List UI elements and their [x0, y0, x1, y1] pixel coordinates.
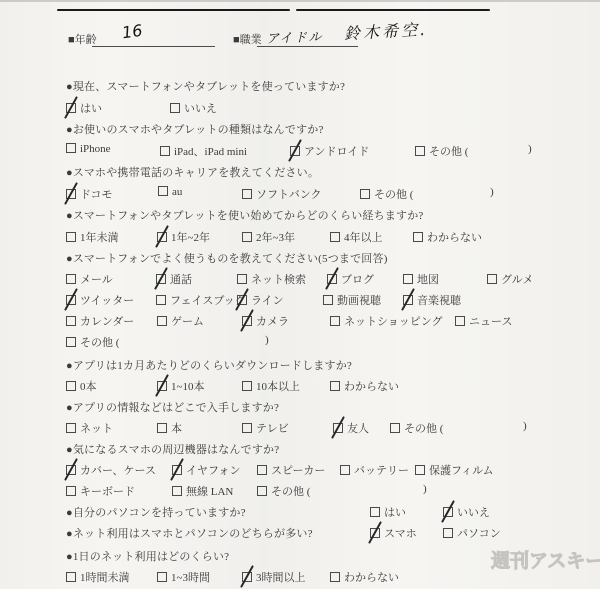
job-value-handwritten: アイドル [266, 26, 323, 47]
checkbox-option: テレビ [242, 420, 289, 436]
option-label: 1~10本 [171, 381, 204, 393]
option-label: ) [523, 420, 527, 432]
question-text: ●1日のネット利用はどのくらい? [66, 548, 229, 564]
check-mark [240, 565, 254, 588]
checkbox [257, 486, 267, 496]
checkbox [330, 381, 340, 391]
checkbox [242, 572, 252, 582]
checkbox-option: わからない [413, 229, 482, 245]
questionnaire-sheet: ■年齢 16 ■職業 アイドル 鈴木希空. ●現在、スマートフォンやタブレットを… [0, 0, 600, 589]
checkbox-option: イヤフォン [172, 462, 240, 478]
option-label: 1年未満 [80, 232, 119, 244]
check-mark [240, 309, 254, 332]
checkbox [158, 186, 168, 196]
checkbox [443, 528, 453, 538]
option-label: 無線 LAN [186, 486, 233, 498]
checkbox [257, 465, 267, 475]
option-label: その他 ( [404, 423, 443, 435]
checkbox-option: バッテリー [340, 462, 409, 478]
checkbox-option: 本 [157, 420, 182, 436]
signature-handwritten: 鈴木希空. [343, 17, 428, 44]
paren-close: ) [528, 143, 532, 155]
checkbox-option: 地図 [403, 271, 439, 287]
checkbox [172, 486, 182, 496]
header-rule-left [57, 9, 290, 11]
checkbox-option: ゲーム [157, 313, 204, 329]
question-text: ●お使いのスマホやタブレットの種類はなんですか? [66, 121, 324, 137]
checkbox [242, 381, 252, 391]
option-label: ニュース [469, 316, 512, 328]
checkbox [66, 232, 76, 242]
checkbox [370, 507, 380, 517]
checkbox [455, 316, 465, 326]
option-label: イヤフォン [186, 465, 240, 477]
option-label: au [172, 186, 182, 198]
check-mark [64, 96, 78, 119]
checkbox-option: その他 ( [257, 483, 310, 499]
checkbox [172, 465, 182, 475]
option-label: 10本以上 [256, 381, 300, 393]
question-text: ●気になるスマホの周辺機器はなんですか? [66, 441, 279, 457]
checkbox-option: その他 ( [360, 186, 413, 202]
check-mark [235, 288, 249, 311]
option-label: 4年以上 [344, 232, 383, 244]
check-mark [64, 458, 78, 481]
checkbox-option: スマホ [370, 525, 417, 541]
checkbox [157, 381, 167, 391]
option-label: iPhone [80, 143, 111, 155]
option-label: ネット [80, 423, 113, 435]
checkbox [330, 232, 340, 242]
option-label: ブログ [341, 274, 374, 286]
checkbox [370, 528, 380, 538]
paren-close: ) [523, 420, 527, 432]
check-mark [325, 267, 339, 290]
checkbox-option: アンドロイド [290, 143, 369, 159]
checkbox [66, 316, 76, 326]
checkbox [66, 486, 76, 496]
checkbox-option: ネット検索 [237, 271, 306, 287]
check-mark [368, 521, 382, 544]
checkbox [157, 423, 167, 433]
checkbox [66, 274, 76, 284]
question-text: ●スマートフォンやタブレットを使い始めてからどのくらい経ちますか? [66, 207, 423, 223]
option-label: その他 ( [374, 189, 413, 201]
checkbox-option: いいえ [170, 100, 217, 116]
option-label: スマホ [384, 528, 417, 540]
option-label: 1時間未満 [80, 572, 130, 584]
checkbox-option: 10本以上 [242, 378, 300, 394]
check-mark [155, 225, 169, 248]
checkbox [403, 274, 413, 284]
question-text: ●現在、スマートフォンやタブレットを使っていますか? [66, 78, 345, 94]
age-underline [92, 46, 215, 47]
checkbox [323, 295, 333, 305]
checkbox-option: 動画視聴 [323, 292, 381, 308]
option-label: 1年~2年 [171, 232, 210, 244]
checkbox-option: ネットショッピング [330, 313, 443, 329]
option-label: 1~3時間 [171, 572, 210, 584]
checkbox-option: ソフトバンク [242, 186, 322, 202]
paren-close: ) [265, 334, 269, 346]
checkbox-option: 4年以上 [330, 229, 383, 245]
checkbox-option: 1年未満 [66, 229, 119, 245]
option-label: 保護フィルム [429, 465, 494, 477]
checkbox-option: au [158, 186, 182, 198]
option-label: iPad、iPad mini [174, 146, 247, 158]
option-label: バッテリー [354, 465, 409, 477]
question-text: ●ネット利用はスマホとパソコンのどちらが多い? [66, 525, 313, 541]
checkbox-option: 通話 [156, 271, 192, 287]
checkbox-option: iPad、iPad mini [160, 143, 247, 159]
checkbox [66, 381, 76, 391]
option-label: フェイスブック [170, 295, 246, 307]
checkbox-option: いいえ [443, 504, 490, 520]
question-text: ●自分のパソコンを持っていますか? [66, 504, 246, 520]
checkbox-option: ライン [237, 292, 284, 308]
checkbox-option: ネット [66, 420, 113, 436]
checkbox-option: わからない [330, 378, 399, 394]
checkbox-option: はい [370, 504, 406, 520]
checkbox [66, 337, 76, 347]
checkbox [66, 295, 76, 305]
option-label: アンドロイド [304, 146, 369, 158]
checkbox [66, 103, 76, 113]
option-label: その他 ( [429, 146, 468, 158]
option-label: わからない [344, 381, 399, 393]
checkbox [390, 423, 400, 433]
checkbox-option: 保護フィルム [415, 462, 494, 478]
check-mark [288, 139, 302, 162]
checkbox [415, 465, 425, 475]
checkbox-option: その他 ( [390, 420, 443, 436]
checkbox [487, 274, 497, 284]
checkbox-option: 友人 [333, 420, 369, 436]
checkbox [237, 274, 247, 284]
option-label: ネット検索 [251, 274, 306, 286]
check-mark [155, 374, 169, 397]
question-text: ●スマホや携帯電話のキャリアを教えてください。 [66, 164, 319, 180]
checkbox [413, 232, 423, 242]
option-label: はい [384, 507, 406, 519]
option-label: テレビ [256, 423, 289, 435]
option-label: はい [80, 103, 102, 115]
option-label: 通話 [170, 274, 192, 286]
checkbox-option: メール [66, 271, 113, 287]
job-label: ■職業 [233, 31, 262, 47]
checkbox-option: 音楽視聴 [403, 292, 461, 308]
checkbox [242, 232, 252, 242]
checkbox [360, 189, 370, 199]
checkbox [330, 316, 340, 326]
checkbox-option: カレンダー [66, 313, 134, 329]
paren-close: ) [490, 186, 494, 198]
checkbox [66, 465, 76, 475]
checkbox-option: キーボード [66, 483, 135, 499]
checkbox [330, 572, 340, 582]
option-label: 動画視聴 [337, 295, 381, 307]
check-mark [64, 182, 78, 205]
checkbox-option: 3時間以上 [242, 569, 306, 585]
checkbox-option: ツイッター [66, 292, 134, 308]
checkbox [66, 143, 76, 153]
checkbox-option: その他 ( [66, 334, 119, 350]
watermark: 週刊アスキー [491, 546, 600, 573]
check-mark [331, 416, 345, 439]
option-label: キーボード [80, 486, 135, 498]
checkbox [170, 103, 180, 113]
option-label: カレンダー [80, 316, 134, 328]
checkbox-option: カバー、ケース [66, 462, 156, 478]
checkbox-option: ブログ [327, 271, 374, 287]
checkbox-option: 2年~3年 [242, 229, 295, 245]
option-label: メール [80, 274, 113, 286]
question-text: ●アプリの情報などはどこで入手しますか? [66, 399, 279, 415]
option-label: ライン [251, 295, 284, 307]
option-label: ツイッター [80, 295, 134, 307]
age-label: ■年齢 [68, 31, 97, 47]
checkbox [242, 189, 252, 199]
check-mark [401, 288, 415, 311]
question-text: ●スマートフォンでよく使うものを教えてください(5つまで回答) [66, 250, 388, 266]
checkbox-option: 1時間未満 [66, 569, 130, 585]
option-label: 友人 [347, 423, 369, 435]
question-text: ●アプリは1カ月あたりどのくらいダウンロードしますか? [66, 357, 352, 373]
paren-close: ) [423, 483, 427, 495]
checkbox [327, 274, 337, 284]
checkbox-option: はい [66, 100, 102, 116]
checkbox-option: ドコモ [66, 186, 113, 202]
option-label: ) [265, 334, 269, 346]
option-label: ソフトバンク [256, 189, 322, 201]
checkbox [333, 423, 343, 433]
option-label: ドコモ [80, 189, 113, 201]
check-mark [441, 500, 455, 523]
option-label: いいえ [457, 507, 490, 519]
option-label: ) [423, 483, 427, 495]
checkbox-option: その他 ( [415, 143, 468, 159]
checkbox-option: 1~3時間 [157, 569, 210, 585]
age-value-handwritten: 16 [121, 21, 144, 43]
checkbox-option: 0本 [66, 378, 97, 394]
checkbox [403, 295, 413, 305]
option-label: スピーカー [271, 465, 325, 477]
check-mark [154, 267, 168, 290]
option-label: 2年~3年 [256, 232, 295, 244]
option-label: その他 ( [271, 486, 310, 498]
checkbox-option: 1年~2年 [157, 229, 210, 245]
checkbox [157, 572, 167, 582]
option-label: わからない [344, 572, 399, 584]
option-label: 3時間以上 [256, 572, 306, 584]
checkbox [242, 423, 252, 433]
checkbox [66, 572, 76, 582]
checkbox-option: iPhone [66, 143, 111, 155]
option-label: カバー、ケース [80, 465, 156, 477]
scan-top-edge [0, 0, 600, 2]
checkbox [160, 146, 170, 156]
option-label: 音楽視聴 [417, 295, 461, 307]
checkbox [415, 146, 425, 156]
option-label: わからない [427, 232, 482, 244]
checkbox-option: スピーカー [257, 462, 325, 478]
option-label: ) [490, 186, 494, 198]
checkbox-option: グルメ [487, 271, 533, 287]
option-label: ゲーム [171, 316, 204, 328]
option-label: カメラ [256, 316, 289, 328]
checkbox-option: カメラ [242, 313, 289, 329]
checkbox-option: フェイスブック [156, 292, 246, 308]
option-label: パソコン [457, 528, 501, 540]
option-label: いいえ [184, 103, 217, 115]
checkbox [156, 295, 166, 305]
checkbox [66, 189, 76, 199]
check-mark [64, 288, 78, 311]
checkbox-option: わからない [330, 569, 399, 585]
checkbox [156, 274, 166, 284]
checkbox [157, 232, 167, 242]
checkbox [290, 146, 300, 156]
option-label: グルメ [501, 274, 533, 286]
checkbox [443, 507, 453, 517]
check-mark [170, 458, 184, 481]
header-rule-right [296, 9, 490, 11]
checkbox [157, 316, 167, 326]
checkbox [242, 316, 252, 326]
option-label: ) [528, 143, 532, 155]
option-label: 0本 [80, 381, 97, 393]
option-label: その他 ( [80, 337, 119, 349]
checkbox-option: パソコン [443, 525, 501, 541]
checkbox [66, 423, 76, 433]
option-label: ネットショッピング [344, 316, 443, 328]
checkbox [340, 465, 350, 475]
checkbox-option: 無線 LAN [172, 483, 233, 499]
checkbox-option: ニュース [455, 313, 512, 329]
checkbox [237, 295, 247, 305]
option-label: 本 [171, 423, 182, 435]
checkbox-option: 1~10本 [157, 378, 204, 394]
option-label: 地図 [417, 274, 439, 286]
